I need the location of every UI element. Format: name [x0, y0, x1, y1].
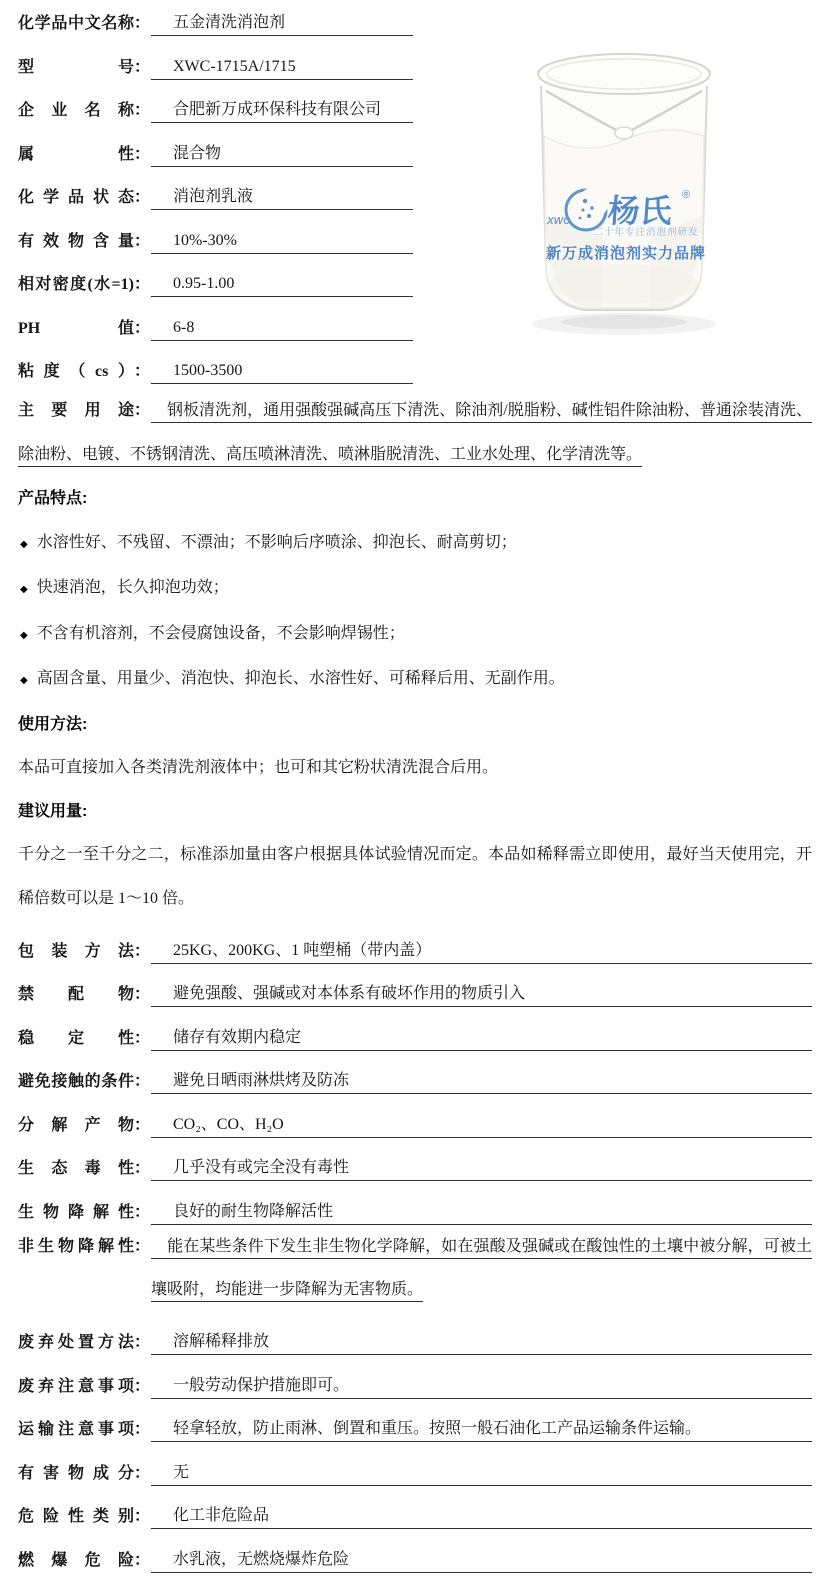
field-colon: ：: [134, 358, 151, 384]
moon-dot: [583, 199, 587, 203]
field-value: 0.95-1.00: [151, 275, 413, 297]
field-value: 储存有效期内稳定: [151, 1024, 812, 1051]
registered-mark: ®: [682, 189, 690, 201]
diamond-bullet-icon: ◆: [20, 659, 28, 703]
field-label: 运输注意事项: [18, 1416, 134, 1442]
field-property: 属性：混合物: [18, 123, 413, 167]
usage-method-body: 本品可直接加入各类清洗剂液体中；也可和其它粉状清洗混合后用。: [18, 746, 812, 790]
handling-info-fields: 包装方法：25KG、200KG、1 吨塑桶（带内盖） 禁配物：避免强酸、强碱或对…: [18, 920, 812, 1573]
field-value: 一般劳动保护措施即可。: [151, 1372, 812, 1399]
field-value: 能在某些条件下发生非生物化学降解，如在强酸及强碱或在酸蚀性的土壤中被分解，可被土…: [151, 1225, 812, 1312]
basic-info-fields: 化学品中文名称：五金清洗消泡剂 型号：XWC-1715A/1715 企业名称：合…: [18, 0, 413, 384]
liquid-bottom-shade: [550, 264, 698, 304]
field-value: 几乎没有或完全没有毒性: [151, 1154, 812, 1181]
field-colon: ：: [134, 54, 151, 80]
field-value: CO₂、CO、H₂O: [151, 1111, 812, 1138]
field-label: 化学品状态: [18, 184, 134, 210]
field-value: 1500-3500: [151, 362, 413, 384]
field-colon: ：: [134, 1112, 151, 1138]
field-decomposition-products: 分解产物：CO₂、CO、H₂O: [18, 1094, 812, 1138]
field-label: 相对密度(水=1): [18, 271, 134, 297]
feature-text: 水溶性好、不残留、不漂油；不影响后序喷涂、抑泡长、耐高剪切；: [37, 521, 517, 565]
field-label: 有害物成分: [18, 1460, 134, 1486]
field-label: 生物降解性: [18, 1199, 134, 1225]
feature-item: ◆ 不含有机溶剂，不会侵腐蚀设备，不会影响焊锡性；: [18, 612, 812, 658]
field-harmful-ingredients: 有害物成分：无: [18, 1442, 812, 1486]
field-colon: ：: [134, 1373, 151, 1399]
field-label: 包装方法: [18, 938, 134, 964]
field-conditions-to-avoid: 避免接触的条件：避免日晒雨淋烘烤及防冻: [18, 1051, 812, 1095]
field-colon: ：: [134, 1329, 151, 1355]
feature-item: ◆ 水溶性好、不残留、不漂油；不影响后序喷涂、抑泡长、耐高剪切；: [18, 521, 812, 567]
field-main-use: 主要用途：钢板清洗剂，通用强酸强碱高压下清洗、除油剂/脱脂粉、碱性铝件除油粉、普…: [18, 389, 812, 477]
field-label: 分解产物: [18, 1112, 134, 1138]
feature-text: 不含有机溶剂，不会侵腐蚀设备，不会影响焊锡性；: [37, 612, 405, 656]
field-value: 10%-30%: [151, 232, 413, 254]
beaker-shadow-core: [562, 315, 686, 329]
field-colon: ：: [134, 315, 151, 341]
field-disposal-method: 废弃处置方法：溶解稀释排放: [18, 1312, 812, 1356]
field-label: 非生物降解性: [18, 1225, 134, 1269]
field-label: 化学品中文名称: [18, 10, 134, 36]
brand-name-group: 杨氏: [607, 193, 674, 229]
product-photo: XWC 杨氏 ® 二十年专注消泡剂研发 新万成消泡剂实力品牌: [484, 36, 814, 354]
field-viscosity: 粘度（cs）：1500-3500: [18, 341, 413, 385]
field-label: 有效物含量: [18, 228, 134, 254]
field-colon: ：: [134, 389, 151, 433]
usage-method-heading: 使用方法:: [18, 703, 812, 747]
field-abiotic-degradability: 非生物降解性：能在某些条件下发生非生物化学降解，如在强酸及强碱或在酸蚀性的土壤中…: [18, 1225, 812, 1312]
field-incompatibles: 禁配物：避免强酸、强碱或对本体系有破坏作用的物质引入: [18, 964, 812, 1008]
field-chemical-name: 化学品中文名称：五金清洗消泡剂: [18, 0, 413, 36]
field-colon: ：: [134, 938, 151, 964]
moon-dot: [587, 214, 591, 218]
field-label: 生态毒性: [18, 1155, 134, 1181]
feature-text: 高固含量、用量少、消泡快、抑泡长、水溶性好、可稀释后用、无副作用。: [37, 657, 565, 701]
field-biodegradability: 生物降解性：良好的耐生物降解活性: [18, 1181, 812, 1225]
field-value: 合肥新万成环保科技有限公司: [151, 96, 413, 123]
field-colon: ：: [134, 1503, 151, 1529]
field-label: 主要用途: [18, 389, 134, 433]
field-label: 稳定性: [18, 1025, 134, 1051]
dosage-body: 千分之一至千分之二，标准添加量由客户根据具体试验情况而定。本品如稀释需立即使用，…: [18, 833, 812, 920]
field-ph-value: PH值：6-8: [18, 297, 413, 341]
beaker-illustration: XWC 杨氏 ® 二十年专注消泡剂研发 新万成消泡剂实力品牌: [484, 36, 814, 354]
field-hazard-class: 危险性类别：化工非危险品: [18, 1486, 812, 1530]
field-value: 化工非危险品: [151, 1502, 812, 1529]
field-colon: ：: [134, 141, 151, 167]
field-colon: ：: [134, 10, 151, 36]
field-packing-method: 包装方法：25KG、200KG、1 吨塑桶（带内盖）: [18, 920, 812, 964]
moon-dot: [590, 206, 593, 209]
field-colon: ：: [134, 1416, 151, 1442]
field-value: 混合物: [151, 140, 413, 167]
field-company-name: 企业名称：合肥新万成环保科技有限公司: [18, 80, 413, 124]
field-colon: ：: [134, 228, 151, 254]
field-label: 燃爆危险: [18, 1547, 134, 1573]
brand-slogan-text: 新万成消泡剂实力品牌: [546, 244, 706, 262]
field-colon: ：: [134, 271, 151, 297]
field-stability: 稳定性：储存有效期内稳定: [18, 1007, 812, 1051]
dosage-heading: 建议用量:: [18, 790, 812, 834]
field-value: 轻拿轻放，防止雨淋、倒置和重压。按照一般石油化工产品运输条件运输。: [151, 1415, 812, 1442]
field-colon: ：: [134, 1068, 151, 1094]
field-colon: ：: [134, 1460, 151, 1486]
moon-dot: [579, 217, 582, 220]
basic-info-section: 化学品中文名称：五金清洗消泡剂 型号：XWC-1715A/1715 企业名称：合…: [18, 0, 812, 384]
field-value: 消泡剂乳液: [151, 183, 413, 210]
spout-drip: [615, 127, 633, 139]
logo-abbr-text: XWC: [546, 216, 571, 227]
field-label: PH值: [18, 315, 134, 341]
field-label: 粘度（cs）: [18, 358, 134, 384]
field-colon: ：: [134, 1547, 151, 1573]
diamond-bullet-icon: ◆: [20, 614, 28, 658]
field-value: 6-8: [151, 319, 413, 341]
field-value: XWC-1715A/1715: [151, 58, 413, 80]
feature-text: 快速消泡，长久抑泡功效；: [37, 566, 229, 610]
field-ecotoxicity: 生态毒性：几乎没有或完全没有毒性: [18, 1138, 812, 1182]
beaker-rim: [538, 54, 710, 94]
field-value: 五金清洗消泡剂: [151, 9, 413, 36]
field-fire-explosion-hazard: 燃爆危险：水乳液，无燃烧爆炸危险: [18, 1529, 812, 1573]
brand-name-text: 杨氏: [607, 193, 674, 229]
field-disposal-precautions: 废弃注意事项：一般劳动保护措施即可。: [18, 1355, 812, 1399]
field-value: 良好的耐生物降解活性: [151, 1198, 812, 1225]
field-colon: ：: [134, 981, 151, 1007]
field-label: 避免接触的条件: [18, 1068, 134, 1094]
field-value: 水乳液，无燃烧爆炸危险: [151, 1546, 812, 1573]
field-chemical-state: 化学品状态：消泡剂乳液: [18, 167, 413, 211]
field-value: 避免日晒雨淋烘烤及防冻: [151, 1067, 812, 1094]
field-colon: ：: [134, 184, 151, 210]
field-transport-precautions: 运输注意事项：轻拿轻放，防止雨淋、倒置和重压。按照一般石油化工产品运输条件运输。: [18, 1399, 812, 1443]
field-label: 企业名称: [18, 97, 134, 123]
brand-tagline-text: 二十年专注消泡剂研发: [593, 226, 698, 238]
field-colon: ：: [134, 1155, 151, 1181]
field-colon: ：: [134, 97, 151, 123]
field-colon: ：: [134, 1199, 151, 1225]
diamond-bullet-icon: ◆: [20, 568, 28, 612]
moon-dot: [582, 209, 585, 212]
diamond-bullet-icon: ◆: [20, 523, 28, 567]
field-value: 无: [151, 1459, 812, 1486]
features-heading: 产品特点:: [18, 477, 812, 521]
field-relative-density: 相对密度(水=1)：0.95-1.00: [18, 254, 413, 298]
field-label: 危险性类别: [18, 1503, 134, 1529]
field-model-number: 型号：XWC-1715A/1715: [18, 36, 413, 80]
field-value: 25KG、200KG、1 吨塑桶（带内盖）: [151, 937, 812, 964]
field-label: 废弃处置方法: [18, 1329, 134, 1355]
field-label: 禁配物: [18, 981, 134, 1007]
field-label: 属性: [18, 141, 134, 167]
field-label: 废弃注意事项: [18, 1373, 134, 1399]
field-colon: ：: [134, 1025, 151, 1051]
feature-item: ◆ 快速消泡，长久抑泡功效；: [18, 566, 812, 612]
msds-product-sheet: 化学品中文名称：五金清洗消泡剂 型号：XWC-1715A/1715 企业名称：合…: [0, 0, 830, 1578]
field-value: 避免强酸、强碱或对本体系有破坏作用的物质引入: [151, 980, 812, 1007]
field-active-content: 有效物含量：10%-30%: [18, 210, 413, 254]
field-label: 型号: [18, 54, 134, 80]
field-colon: ：: [134, 1225, 151, 1269]
feature-item: ◆ 高固含量、用量少、消泡快、抑泡长、水溶性好、可稀释后用、无副作用。: [18, 657, 812, 703]
field-value: 溶解稀释排放: [151, 1328, 812, 1355]
